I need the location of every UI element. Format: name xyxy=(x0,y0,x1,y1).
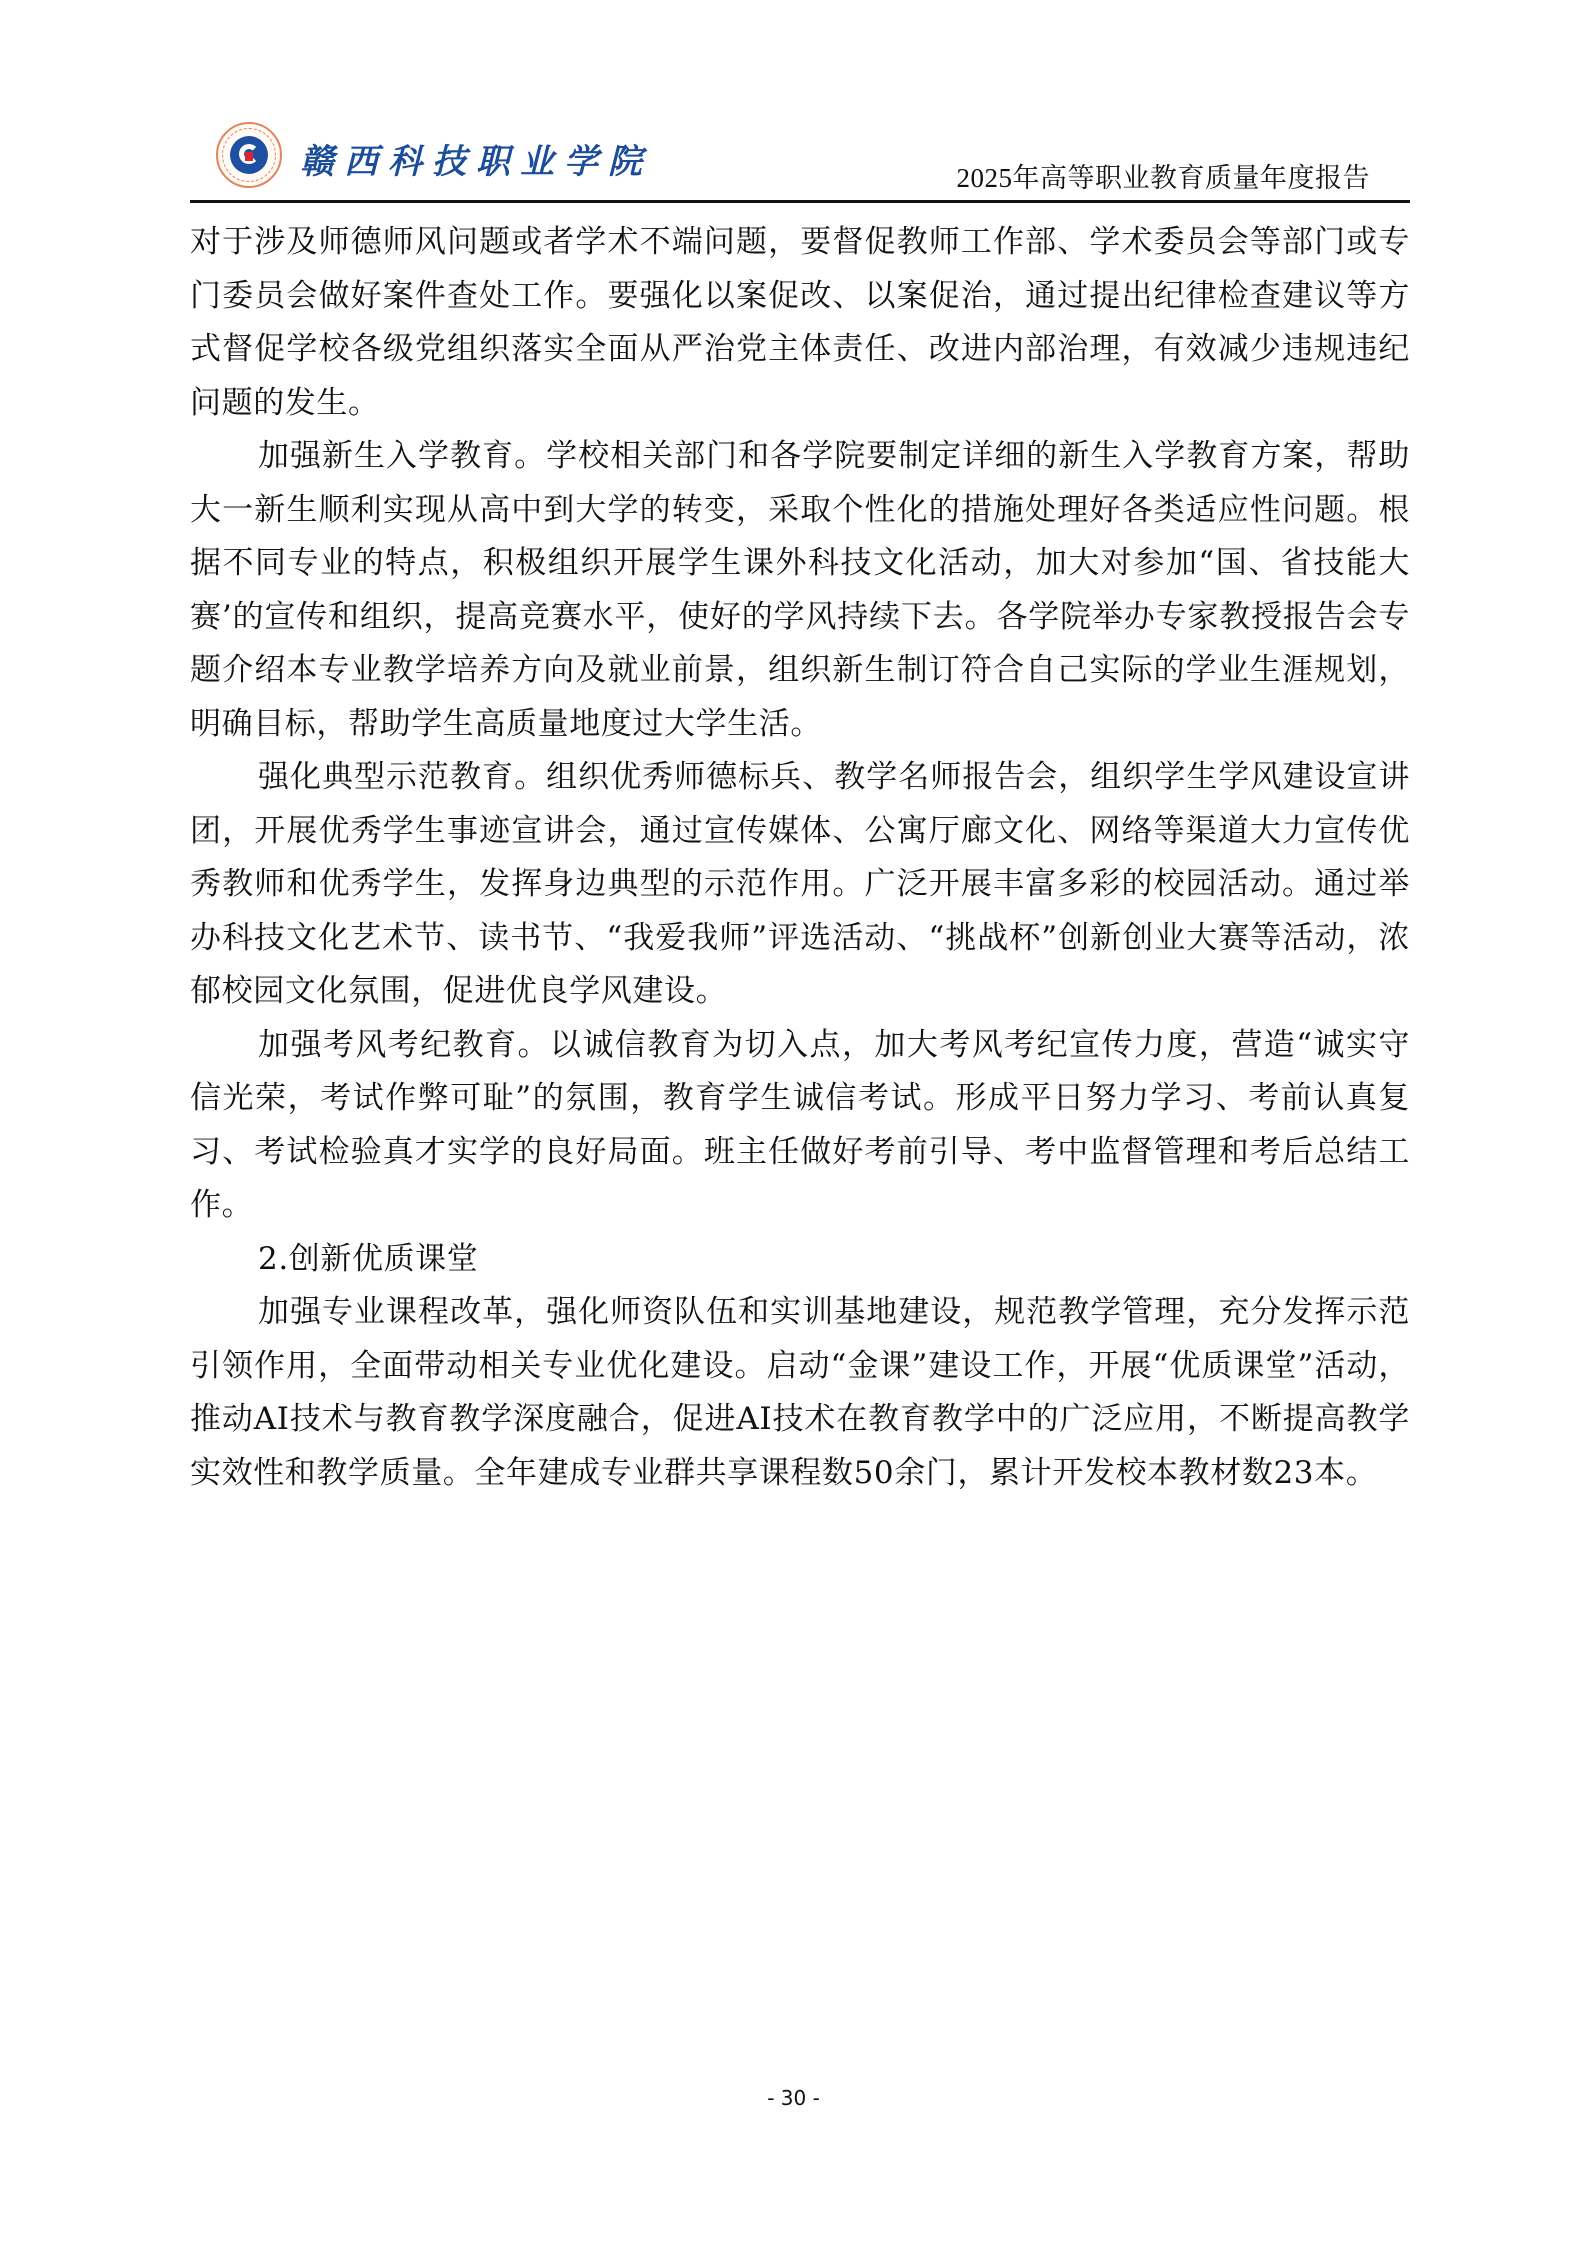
paragraph-freshman-education: 加强新生入学教育。学校相关部门和各学院要制定详细的新生入学教育方案，帮助大一新生… xyxy=(190,430,1410,751)
section-heading: 2.创新优质课堂 xyxy=(190,1233,1410,1287)
emblem-core xyxy=(230,136,268,174)
paragraph-quality-classroom: 加强专业课程改革，强化师资队伍和实训基地建设，规范教学管理，充分发挥示范引领作用… xyxy=(190,1286,1410,1500)
page-header: 赣西科技职业学院 2025年高等职业教育质量年度报告 xyxy=(190,118,1410,200)
header-divider xyxy=(190,200,1410,203)
paragraph-exam-discipline: 加强考风考纪教育。以诚信教育为切入点，加大考风考纪宣传力度，营造“诚实守信光荣，… xyxy=(190,1019,1410,1233)
college-emblem-icon xyxy=(216,122,282,188)
document-body: 对于涉及师德师风问题或者学术不端问题，要督促教师工作部、学术委员会等部门或专门委… xyxy=(190,216,1410,1500)
paragraph-role-model-education: 强化典型示范教育。组织优秀师德标兵、教学名师报告会，组织学生学风建设宣讲团，开展… xyxy=(190,751,1410,1019)
report-title: 2025年高等职业教育质量年度报告 xyxy=(957,156,1371,195)
paragraph-continuation: 对于涉及师德师风问题或者学术不端问题，要督促教师工作部、学术委员会等部门或专门委… xyxy=(190,216,1410,430)
page-number: - 30 - xyxy=(0,2086,1587,2110)
college-name: 赣西科技职业学院 xyxy=(300,134,652,183)
